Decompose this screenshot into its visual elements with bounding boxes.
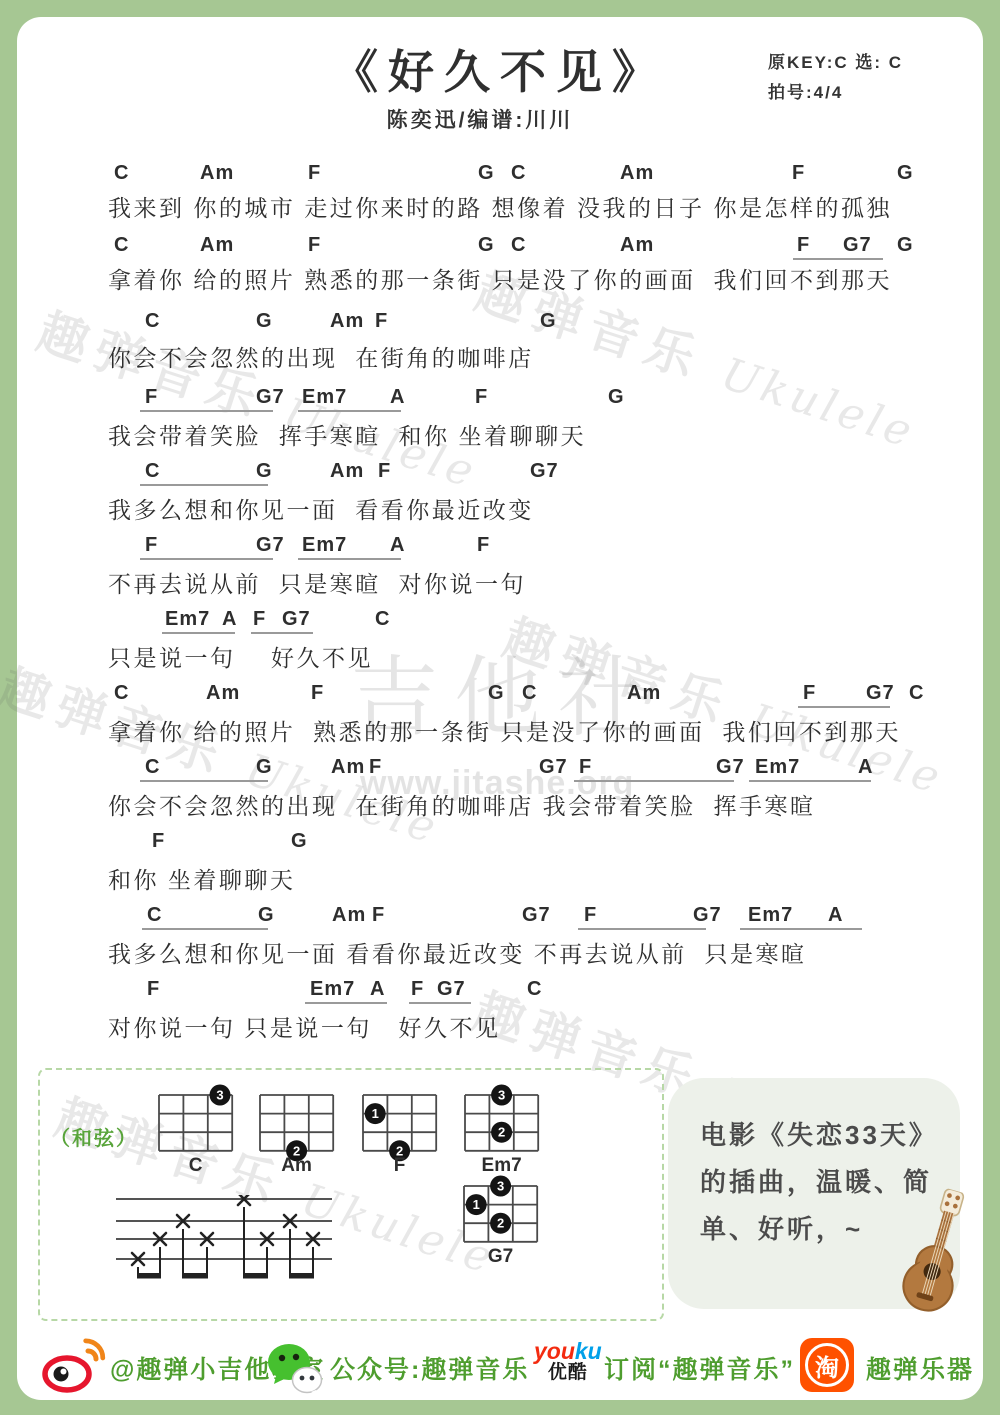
chord-underline: [305, 1002, 387, 1004]
youku-subscribe-text[interactable]: 订阅“趣弹音乐”: [604, 1350, 795, 1386]
svg-text:3: 3: [497, 1179, 504, 1194]
chord-label: A: [222, 608, 237, 631]
chord-label: Em7: [748, 904, 793, 927]
chord-label: C: [147, 904, 162, 927]
chord-label: G: [478, 234, 495, 257]
svg-text:1: 1: [372, 1106, 379, 1121]
chord-label: F: [145, 386, 158, 409]
chord-label: C: [522, 682, 537, 705]
chord-label: C: [511, 234, 526, 257]
chord-label: F: [152, 830, 165, 853]
chord-label: F: [308, 234, 321, 257]
chord-label: F: [145, 534, 158, 557]
chord-underline: [142, 928, 268, 930]
chord-label: C: [909, 682, 924, 705]
chord-underline: [298, 558, 401, 560]
chord-underline: [140, 558, 273, 560]
chord-label: F: [411, 978, 424, 1001]
chord-diagram-Em7: 32Em7: [464, 1083, 542, 1182]
chord-underline: [298, 410, 401, 412]
svg-text:Am: Am: [281, 1155, 312, 1176]
chord-underline: [162, 632, 235, 634]
chord-diagram-F: 12F: [362, 1083, 440, 1182]
svg-text:F: F: [394, 1155, 406, 1176]
lyric-line: 对你说一句 只是说一句 好久不见: [108, 1010, 501, 1043]
chord-label: Em7: [302, 534, 347, 557]
taobao-icon: 淘: [800, 1338, 854, 1392]
chord-underline: [140, 780, 268, 782]
chord-label: Em7: [165, 608, 210, 631]
chord-label: G7: [866, 682, 895, 705]
chord-label: G7: [522, 904, 551, 927]
chord-label: Em7: [310, 978, 355, 1001]
chord-underline: [749, 780, 871, 782]
chord-label: G: [897, 162, 914, 185]
chord-label: Am: [330, 460, 364, 483]
chord-label: G7: [539, 756, 568, 779]
chord-label: F: [372, 904, 385, 927]
lyric-line: 我多么想和你见一面 看看你最近改变 不再去说从前 只是寒暄: [108, 936, 807, 969]
chord-label: A: [828, 904, 843, 927]
chord-label: Em7: [755, 756, 800, 779]
chord-underline: [251, 632, 313, 634]
chord-label: Am: [332, 904, 366, 927]
lyric-line: 不再去说从前 只是寒暄 对你说一句: [108, 566, 526, 599]
artist-arranger: 陈奕迅/编谱:川川: [0, 104, 960, 134]
chord-label: G7: [437, 978, 466, 1001]
lyric-line: 拿着你 给的照片 熟悉的那一条街 只是没了你的画面 我们回不到那天: [108, 714, 901, 747]
chord-label: F: [311, 682, 324, 705]
chord-label: A: [858, 756, 873, 779]
weibo-icon: [42, 1338, 106, 1399]
chord-label: Am: [627, 682, 661, 705]
chord-label: G7: [256, 534, 285, 557]
chord-label: G7: [843, 234, 872, 257]
chord-label: F: [584, 904, 597, 927]
chord-label: C: [145, 310, 160, 333]
chord-underline: [574, 780, 734, 782]
chord-label: F: [477, 534, 490, 557]
chord-label: Am: [200, 162, 234, 185]
chord-label: A: [390, 534, 405, 557]
lyric-line: 拿着你 给的照片 熟悉的那一条街 只是没了你的画面 我们回不到那天: [108, 262, 892, 295]
chord-label: G: [258, 904, 275, 927]
time-signature: 拍号:4/4: [768, 78, 903, 108]
chord-label: G: [897, 234, 914, 257]
chord-label: G7: [282, 608, 311, 631]
lyric-line: 你会不会忽然的出现 在街角的咖啡店 我会带着笑脸 挥手寒暄: [108, 788, 815, 821]
svg-text:G7: G7: [488, 1246, 513, 1267]
chord-label: Em7: [302, 386, 347, 409]
chord-label: F: [792, 162, 805, 185]
chord-label: G: [256, 756, 273, 779]
svg-text:3: 3: [216, 1088, 223, 1103]
chord-label: C: [114, 682, 129, 705]
svg-text:2: 2: [497, 1216, 504, 1231]
chord-label: F: [369, 756, 382, 779]
chord-label: F: [378, 460, 391, 483]
chord-underline: [578, 928, 706, 930]
taobao-char: 淘: [815, 1348, 839, 1383]
svg-text:1: 1: [473, 1197, 480, 1212]
key-signature-info: 原KEY:C 选: C 拍号:4/4: [768, 48, 903, 108]
chord-label: G: [478, 162, 495, 185]
youku-cn-label: 优酷: [534, 1362, 602, 1384]
chords-section-label: （和弦）: [50, 1122, 138, 1151]
chord-label: Am: [330, 310, 364, 333]
chord-label: C: [145, 756, 160, 779]
chord-label: Am: [200, 234, 234, 257]
chord-label: G7: [693, 904, 722, 927]
chord-label: F: [308, 162, 321, 185]
chord-label: A: [390, 386, 405, 409]
chord-label: G: [256, 310, 273, 333]
chord-label: G7: [530, 460, 559, 483]
chord-underline: [140, 410, 273, 412]
chord-label: G: [256, 460, 273, 483]
lyric-line: 我会带着笑脸 挥手寒暄 和你 坐着聊聊天: [108, 418, 586, 451]
wechat-icon: [266, 1338, 324, 1401]
taobao-ring: 淘: [805, 1343, 849, 1387]
lyric-line: 和你 坐着聊聊天: [108, 862, 295, 895]
taobao-shop-text[interactable]: 趣弹乐器: [866, 1350, 974, 1386]
wechat-account[interactable]: 公众号:趣弹音乐: [330, 1350, 529, 1386]
chord-label: G: [291, 830, 308, 853]
chord-label: A: [370, 978, 385, 1001]
youku-logo: youku 优酷: [534, 1340, 602, 1384]
chord-label: G7: [716, 756, 745, 779]
chord-label: C: [114, 162, 129, 185]
chord-diagram-C: 3C: [158, 1083, 236, 1182]
chord-label: C: [375, 608, 390, 631]
chord-label: F: [579, 756, 592, 779]
key-line: 原KEY:C 选: C: [768, 48, 903, 78]
chord-label: C: [145, 460, 160, 483]
chord-label: G: [540, 310, 557, 333]
chord-label: F: [797, 234, 810, 257]
chord-label: F: [253, 608, 266, 631]
chord-label: F: [375, 310, 388, 333]
chord-label: F: [803, 682, 816, 705]
chord-sheet-page: 趣弹音乐 Ukulele趣弹音乐 Ukulele趣弹音乐 Ukulele趣弹音乐…: [0, 0, 1000, 1415]
svg-text:2: 2: [498, 1125, 505, 1140]
chord-label: G: [608, 386, 625, 409]
strum-staff: [116, 1195, 336, 1294]
chord-label: G7: [256, 386, 285, 409]
chord-label: C: [114, 234, 129, 257]
lyric-line: 你会不会忽然的出现 在街角的咖啡店: [108, 340, 534, 373]
lyric-line: 我来到 你的城市 走过你来时的路 想像着 没我的日子 你是怎样的孤独: [108, 190, 892, 223]
chord-underline: [140, 484, 268, 486]
chord-label: C: [527, 978, 542, 1001]
chord-underline: [798, 706, 890, 708]
chord-underline: [793, 258, 883, 260]
lyric-line: 我多么想和你见一面 看看你最近改变: [108, 492, 534, 525]
lyric-line: 只是说一句 好久不见: [108, 640, 373, 673]
chord-diagram-G7: 312G7: [463, 1174, 541, 1273]
chord-label: G: [488, 682, 505, 705]
chord-underline: [740, 928, 862, 930]
svg-text:Em7: Em7: [482, 1155, 522, 1176]
chord-label: Am: [620, 234, 654, 257]
chord-label: F: [475, 386, 488, 409]
chord-label: Am: [331, 756, 365, 779]
svg-text:3: 3: [498, 1088, 505, 1103]
chord-diagram-Am: 2Am: [259, 1083, 337, 1182]
chord-label: F: [147, 978, 160, 1001]
chord-label: Am: [206, 682, 240, 705]
svg-text:C: C: [189, 1155, 203, 1176]
chord-underline: [409, 1002, 471, 1004]
chord-label: C: [511, 162, 526, 185]
youku-wordmark: youku: [534, 1340, 602, 1362]
chord-label: Am: [620, 162, 654, 185]
